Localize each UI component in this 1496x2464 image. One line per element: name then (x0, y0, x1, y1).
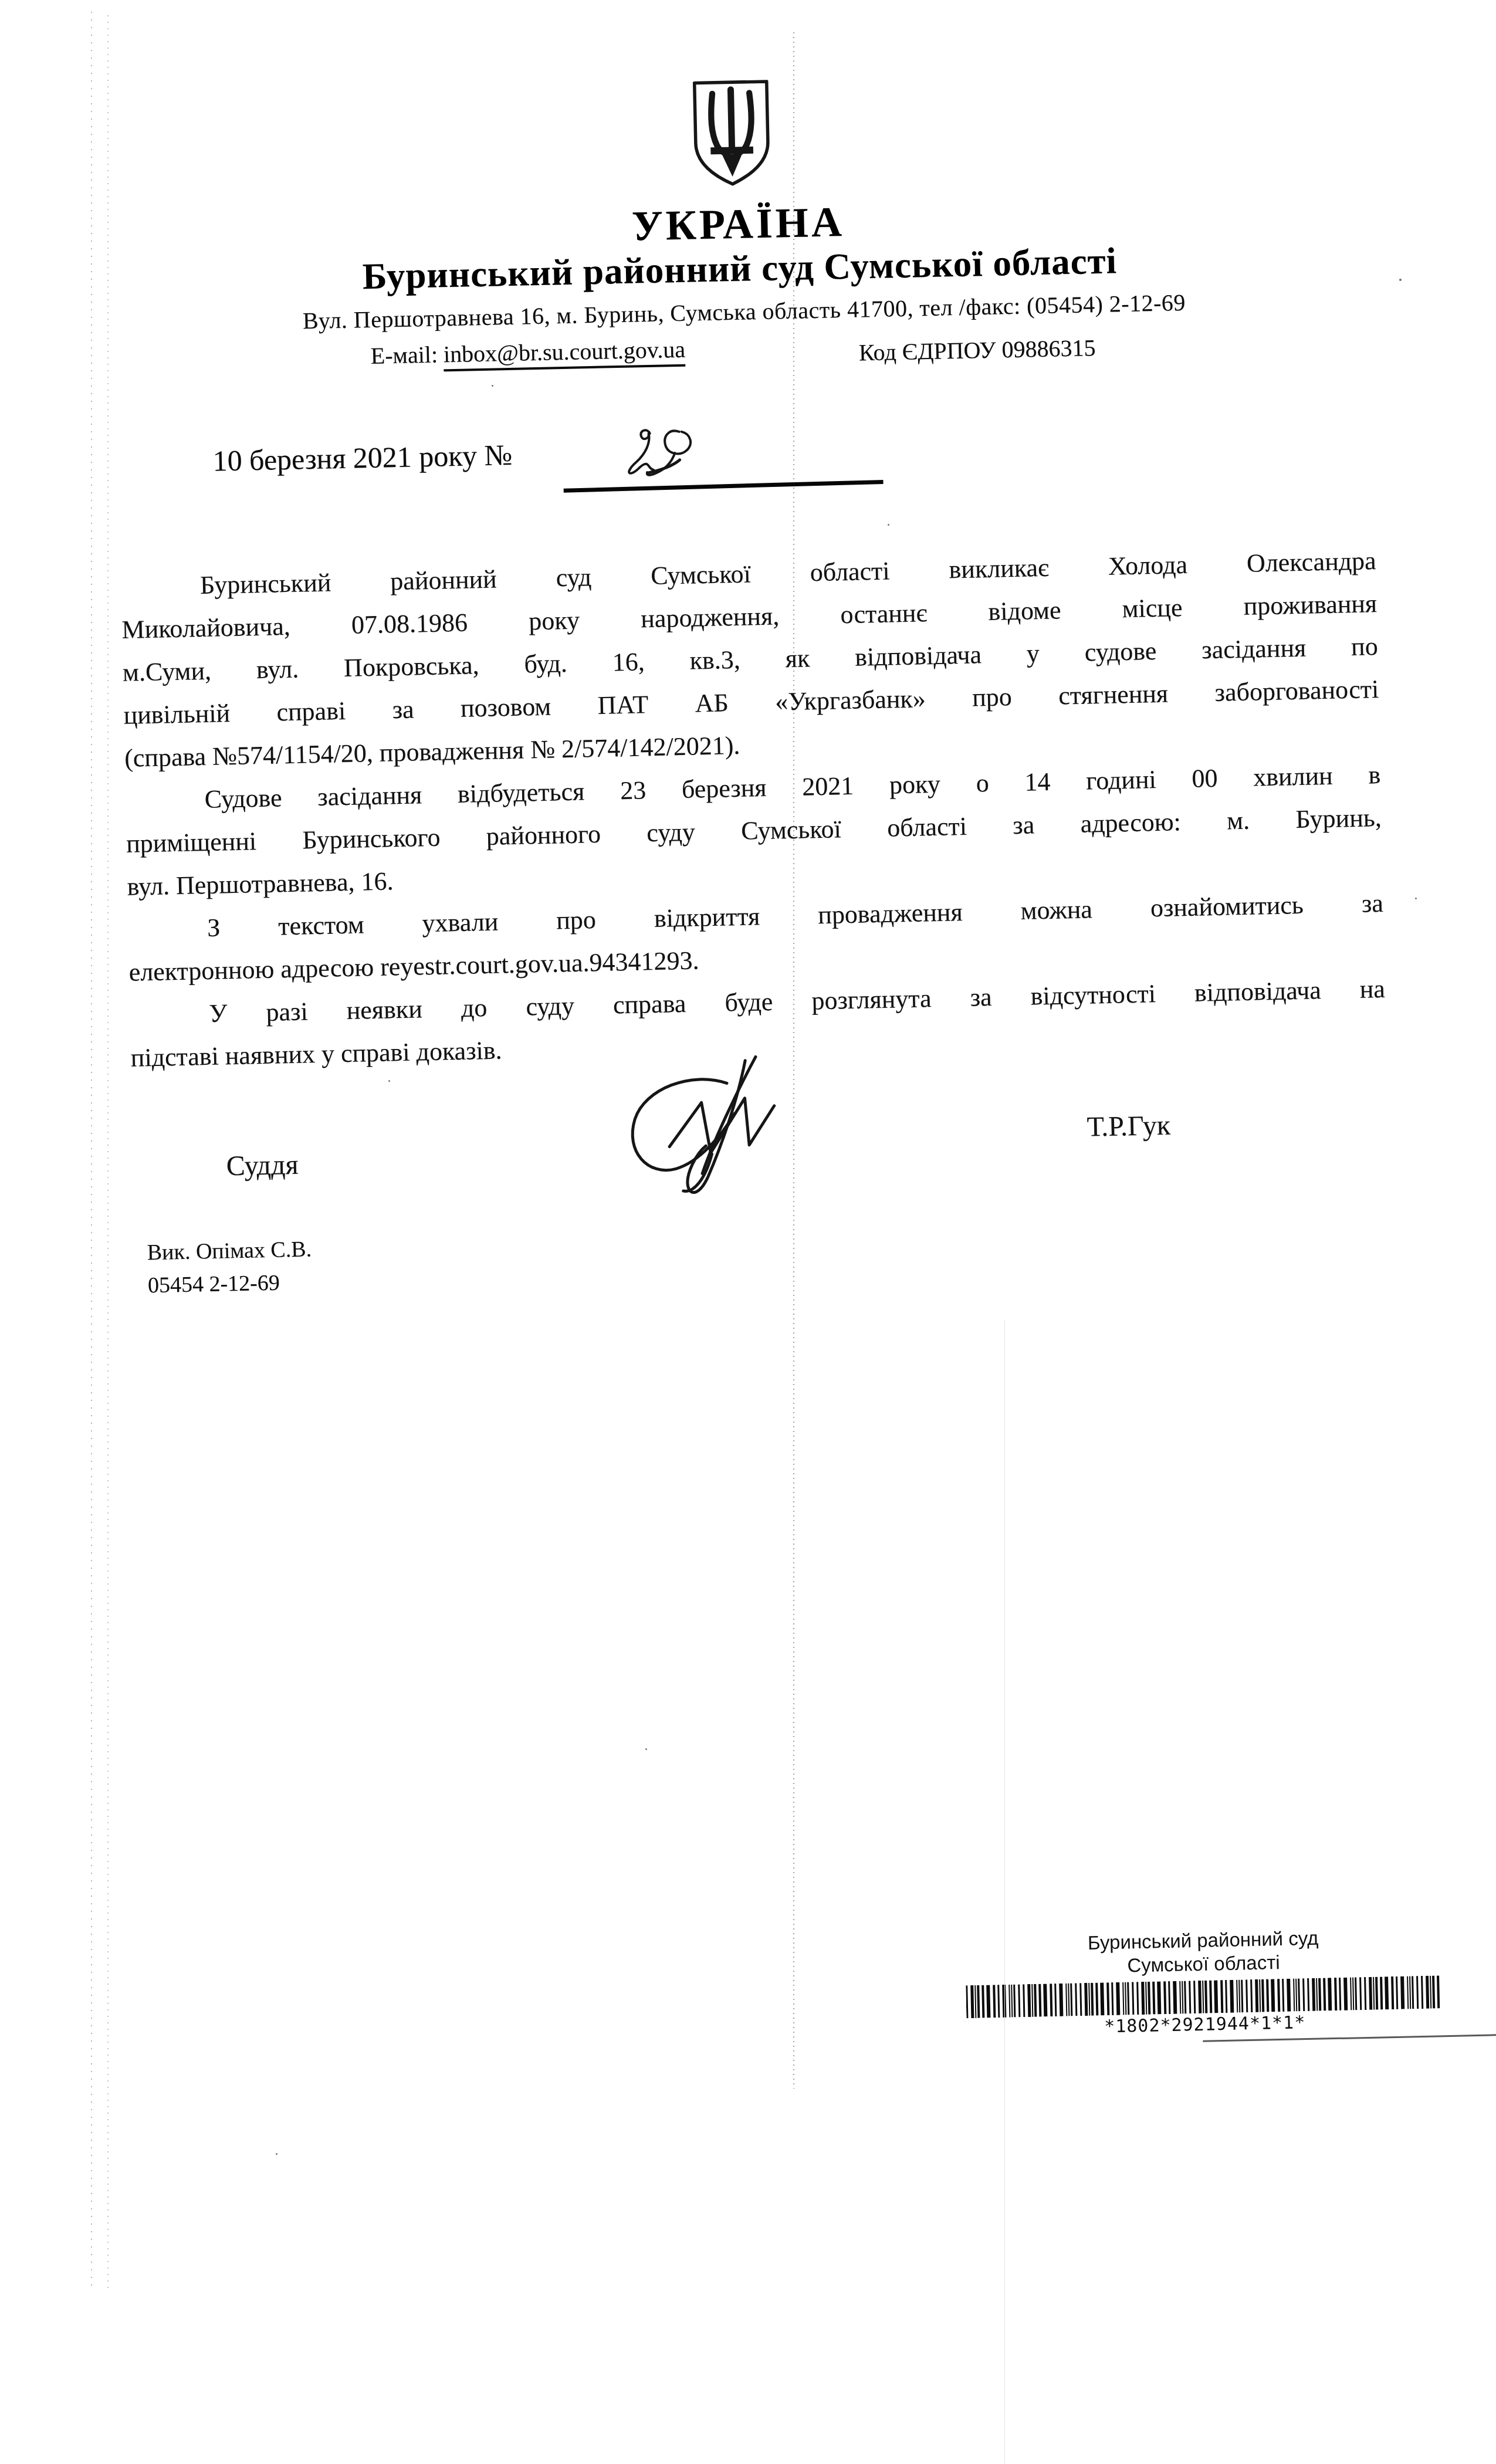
barcode-bar (986, 1985, 990, 2018)
body-text: Буринський районний суд Сумської області… (120, 539, 1386, 1079)
barcode-bar (1298, 1978, 1300, 2011)
barcode-bar (1023, 1984, 1025, 2017)
barcode-bar (1271, 1979, 1275, 2012)
barcode-bar (970, 1985, 974, 2018)
email-label: E-мail: (370, 341, 438, 369)
barcode-bar (1043, 1984, 1047, 2016)
judge-signature-scribble (580, 1051, 817, 1202)
barcode-block: Буринський районний суд Сумської області… (950, 1924, 1457, 2040)
barcode-bar (1145, 1982, 1147, 2015)
country-title: УКРАЇНА (591, 200, 885, 248)
barcode-bar (1100, 1982, 1104, 2015)
barcode-bar (1168, 1981, 1170, 2014)
barcode-bar (1245, 1979, 1248, 2012)
barcode-bar (1359, 1977, 1362, 2010)
barcode-bar (1409, 1976, 1411, 2009)
barcode-bar (1350, 1978, 1352, 2011)
barcode-bar (1163, 1981, 1166, 2014)
barcode-bar (1184, 1981, 1186, 2013)
handwritten-doc-number (618, 424, 713, 485)
barcode-bar (1432, 1976, 1435, 2009)
barcode-bar (1068, 1984, 1069, 2016)
barcode-bar (1157, 1981, 1161, 2014)
barcode-bar (1416, 1976, 1419, 2009)
barcode-bar (1339, 1978, 1341, 2011)
email-row: E-мail: inbox@br.su.court.gov.ua (370, 338, 685, 368)
barcode-bar (981, 1985, 984, 2018)
barcode-bar (1364, 1977, 1366, 2010)
date-line: 10 березня 2021 року № (212, 440, 513, 476)
barcode-bar (1277, 1979, 1280, 2012)
barcode-bar (1065, 1984, 1067, 2016)
barcode-bar (1182, 1981, 1183, 2014)
barcode-bar (1136, 1982, 1139, 2015)
barcode-bar (1204, 1981, 1207, 2013)
barcode-bar (1013, 1985, 1016, 2018)
barcode-bar (1084, 1983, 1088, 2016)
barcode-bar (1132, 1982, 1134, 2015)
barcode-bar (1070, 1983, 1072, 2016)
judge-label: Суддя (226, 1151, 299, 1181)
barcode-bar (1318, 1978, 1321, 2011)
barcode-bar (1375, 1977, 1378, 2010)
barcode-bar (1355, 1977, 1357, 2010)
barcode-bar (1437, 1975, 1440, 2008)
barcode-bar (1054, 1984, 1057, 2016)
scanned-court-summons-page: { "header": { "country": "УКРАЇНА", "cou… (0, 0, 1496, 2464)
barcode-bar (1426, 1976, 1429, 2009)
barcode-bar (1343, 1978, 1348, 2011)
barcode-bar (997, 1985, 1000, 2018)
barcode-bar (1141, 1982, 1145, 2015)
barcode-bar (1261, 1979, 1264, 2012)
barcode-bar (1255, 1979, 1258, 2012)
barcode-bar (1385, 1976, 1389, 2009)
barcode-bar (1038, 1984, 1041, 2017)
barcode-bar (1380, 1976, 1383, 2009)
barcode-bar (1027, 1984, 1031, 2017)
barcode-bar (1111, 1982, 1113, 2015)
barcode-bar (1079, 1983, 1082, 2016)
barcode-bar (1011, 1985, 1013, 2018)
barcode-bar (1122, 1982, 1124, 2015)
barcode-bar (1179, 1981, 1181, 2014)
barcode-bar (1421, 1976, 1423, 2009)
barcode-bar (1293, 1979, 1295, 2012)
barcode-bar (1266, 1979, 1269, 2012)
barcode-bar (1059, 1984, 1063, 2016)
barcode-bar (1031, 1984, 1033, 2017)
document-scan: УКРАЇНА Буринський районний суд Сумської… (0, 0, 1496, 2463)
email-address: inbox@br.su.court.gov.ua (444, 336, 686, 372)
barcode-bar (1202, 1981, 1204, 2013)
barcode-bar (966, 1985, 968, 2018)
barcode-bar (1220, 1980, 1223, 2013)
barcode-bar (1091, 1983, 1094, 2016)
barcode-bar (1236, 1980, 1238, 2013)
edrpou-code: Код ЄДРПОУ 09886315 (858, 336, 1095, 364)
barcode-bar (1241, 1979, 1243, 2012)
barcode-bar (1002, 1985, 1006, 2018)
barcode-bar (1316, 1978, 1318, 2011)
barcode-bar (1106, 1982, 1109, 2015)
barcode-bar (1088, 1983, 1090, 2016)
ukraine-trident-coat-of-arms-icon (689, 61, 775, 205)
executor-name: Вик. Опімах С.В. (147, 1233, 312, 1269)
barcode-bar (1312, 1978, 1315, 2011)
barcode-bar (1282, 1979, 1284, 2012)
barcode-bar (1412, 1976, 1414, 2009)
executor-block: Вик. Опімах С.В. 05454 2-12-69 (147, 1233, 313, 1302)
barcode-bar (1400, 1976, 1404, 2009)
barcode-bar (1373, 1977, 1375, 2010)
barcode-bar (1189, 1981, 1191, 2013)
barcode-bar (1259, 1979, 1261, 2012)
barcode-bar (1302, 1978, 1305, 2011)
barcode-bar (977, 1985, 980, 2018)
barcode-bar (1369, 1977, 1372, 2010)
barcode-bar (1250, 1979, 1253, 2012)
barcode-bar (1307, 1978, 1309, 2011)
barcode-bar (1352, 1977, 1354, 2010)
barcode-bar (1125, 1982, 1126, 2015)
barcode-bar (993, 1985, 996, 2018)
barcode-bar (1173, 1981, 1177, 2014)
barcode-bar (1225, 1980, 1227, 2013)
barcode-bar (1430, 1976, 1431, 2009)
barcode-bar (1334, 1978, 1337, 2011)
barcode-bar (1050, 1984, 1052, 2016)
barcode-bar (1127, 1982, 1129, 2015)
barcode-bar (1008, 1985, 1010, 2018)
barcode-bar (974, 1985, 976, 2018)
barcode-bar (1148, 1982, 1150, 2015)
barcode-bar (1034, 1984, 1037, 2017)
barcode-bar (1328, 1978, 1332, 2011)
barcode-bar (1214, 1980, 1218, 2013)
barcode-bar (1396, 1976, 1398, 2009)
barcode-bar (1323, 1978, 1326, 2011)
barcode-bar (1287, 1979, 1291, 2012)
doc-number-underline (564, 480, 884, 493)
barcode-bar (1095, 1983, 1098, 2016)
executor-phone: 05454 2-12-69 (147, 1265, 312, 1302)
barcode-bar (1407, 1976, 1409, 2009)
barcode-bar (1230, 1980, 1234, 2013)
barcode-bar (1075, 1983, 1077, 2016)
scan-artifact-line (1203, 2034, 1496, 2042)
barcode-bar (1193, 1981, 1196, 2013)
barcode-bar (1152, 1982, 1155, 2015)
barcode-bar (1238, 1979, 1240, 2012)
barcode-bar (1018, 1984, 1020, 2017)
barcode-bar (1295, 1978, 1297, 2011)
barcode-bar (1209, 1980, 1212, 2013)
barcode-bar (1198, 1981, 1201, 2013)
barcode-bar (1391, 1976, 1394, 2009)
judge-name: Т.Р.Гук (1087, 1112, 1170, 1142)
barcode-bar (1116, 1982, 1120, 2015)
